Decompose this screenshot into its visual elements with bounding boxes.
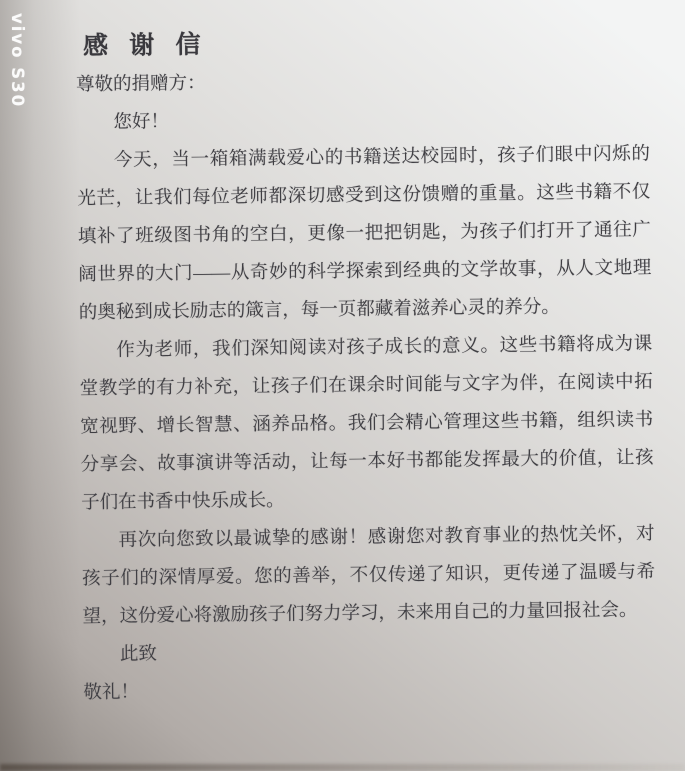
letter-paragraph-1: 今天，当一箱箱满载爱心的书籍送达校园时，孩子们眼中闪烁的光芒，让我们每位老师都深… bbox=[77, 135, 652, 332]
letter-body: 感 谢 信 尊敬的捐赠方： 您好！ 今天，当一箱箱满载爱心的书籍送达校园时，孩子… bbox=[0, 0, 685, 713]
letter-salute: 敬礼！ bbox=[83, 667, 656, 712]
photographed-letter: vivo S30 感 谢 信 尊敬的捐赠方： 您好！ 今天，当一箱箱满载爱心的书… bbox=[0, 0, 685, 771]
letter-paragraph-2: 作为老师，我们深知阅读对孩子成长的意义。这些书籍将成为课堂教学的有力补充，让孩子… bbox=[79, 325, 654, 522]
letter-paragraph-3: 再次向您致以最诚挚的感谢！感谢您对教育事业的热忱关怀，对孩子们的深情厚爱。您的善… bbox=[81, 515, 655, 636]
paper-bottom-edge-shadow bbox=[0, 764, 685, 771]
